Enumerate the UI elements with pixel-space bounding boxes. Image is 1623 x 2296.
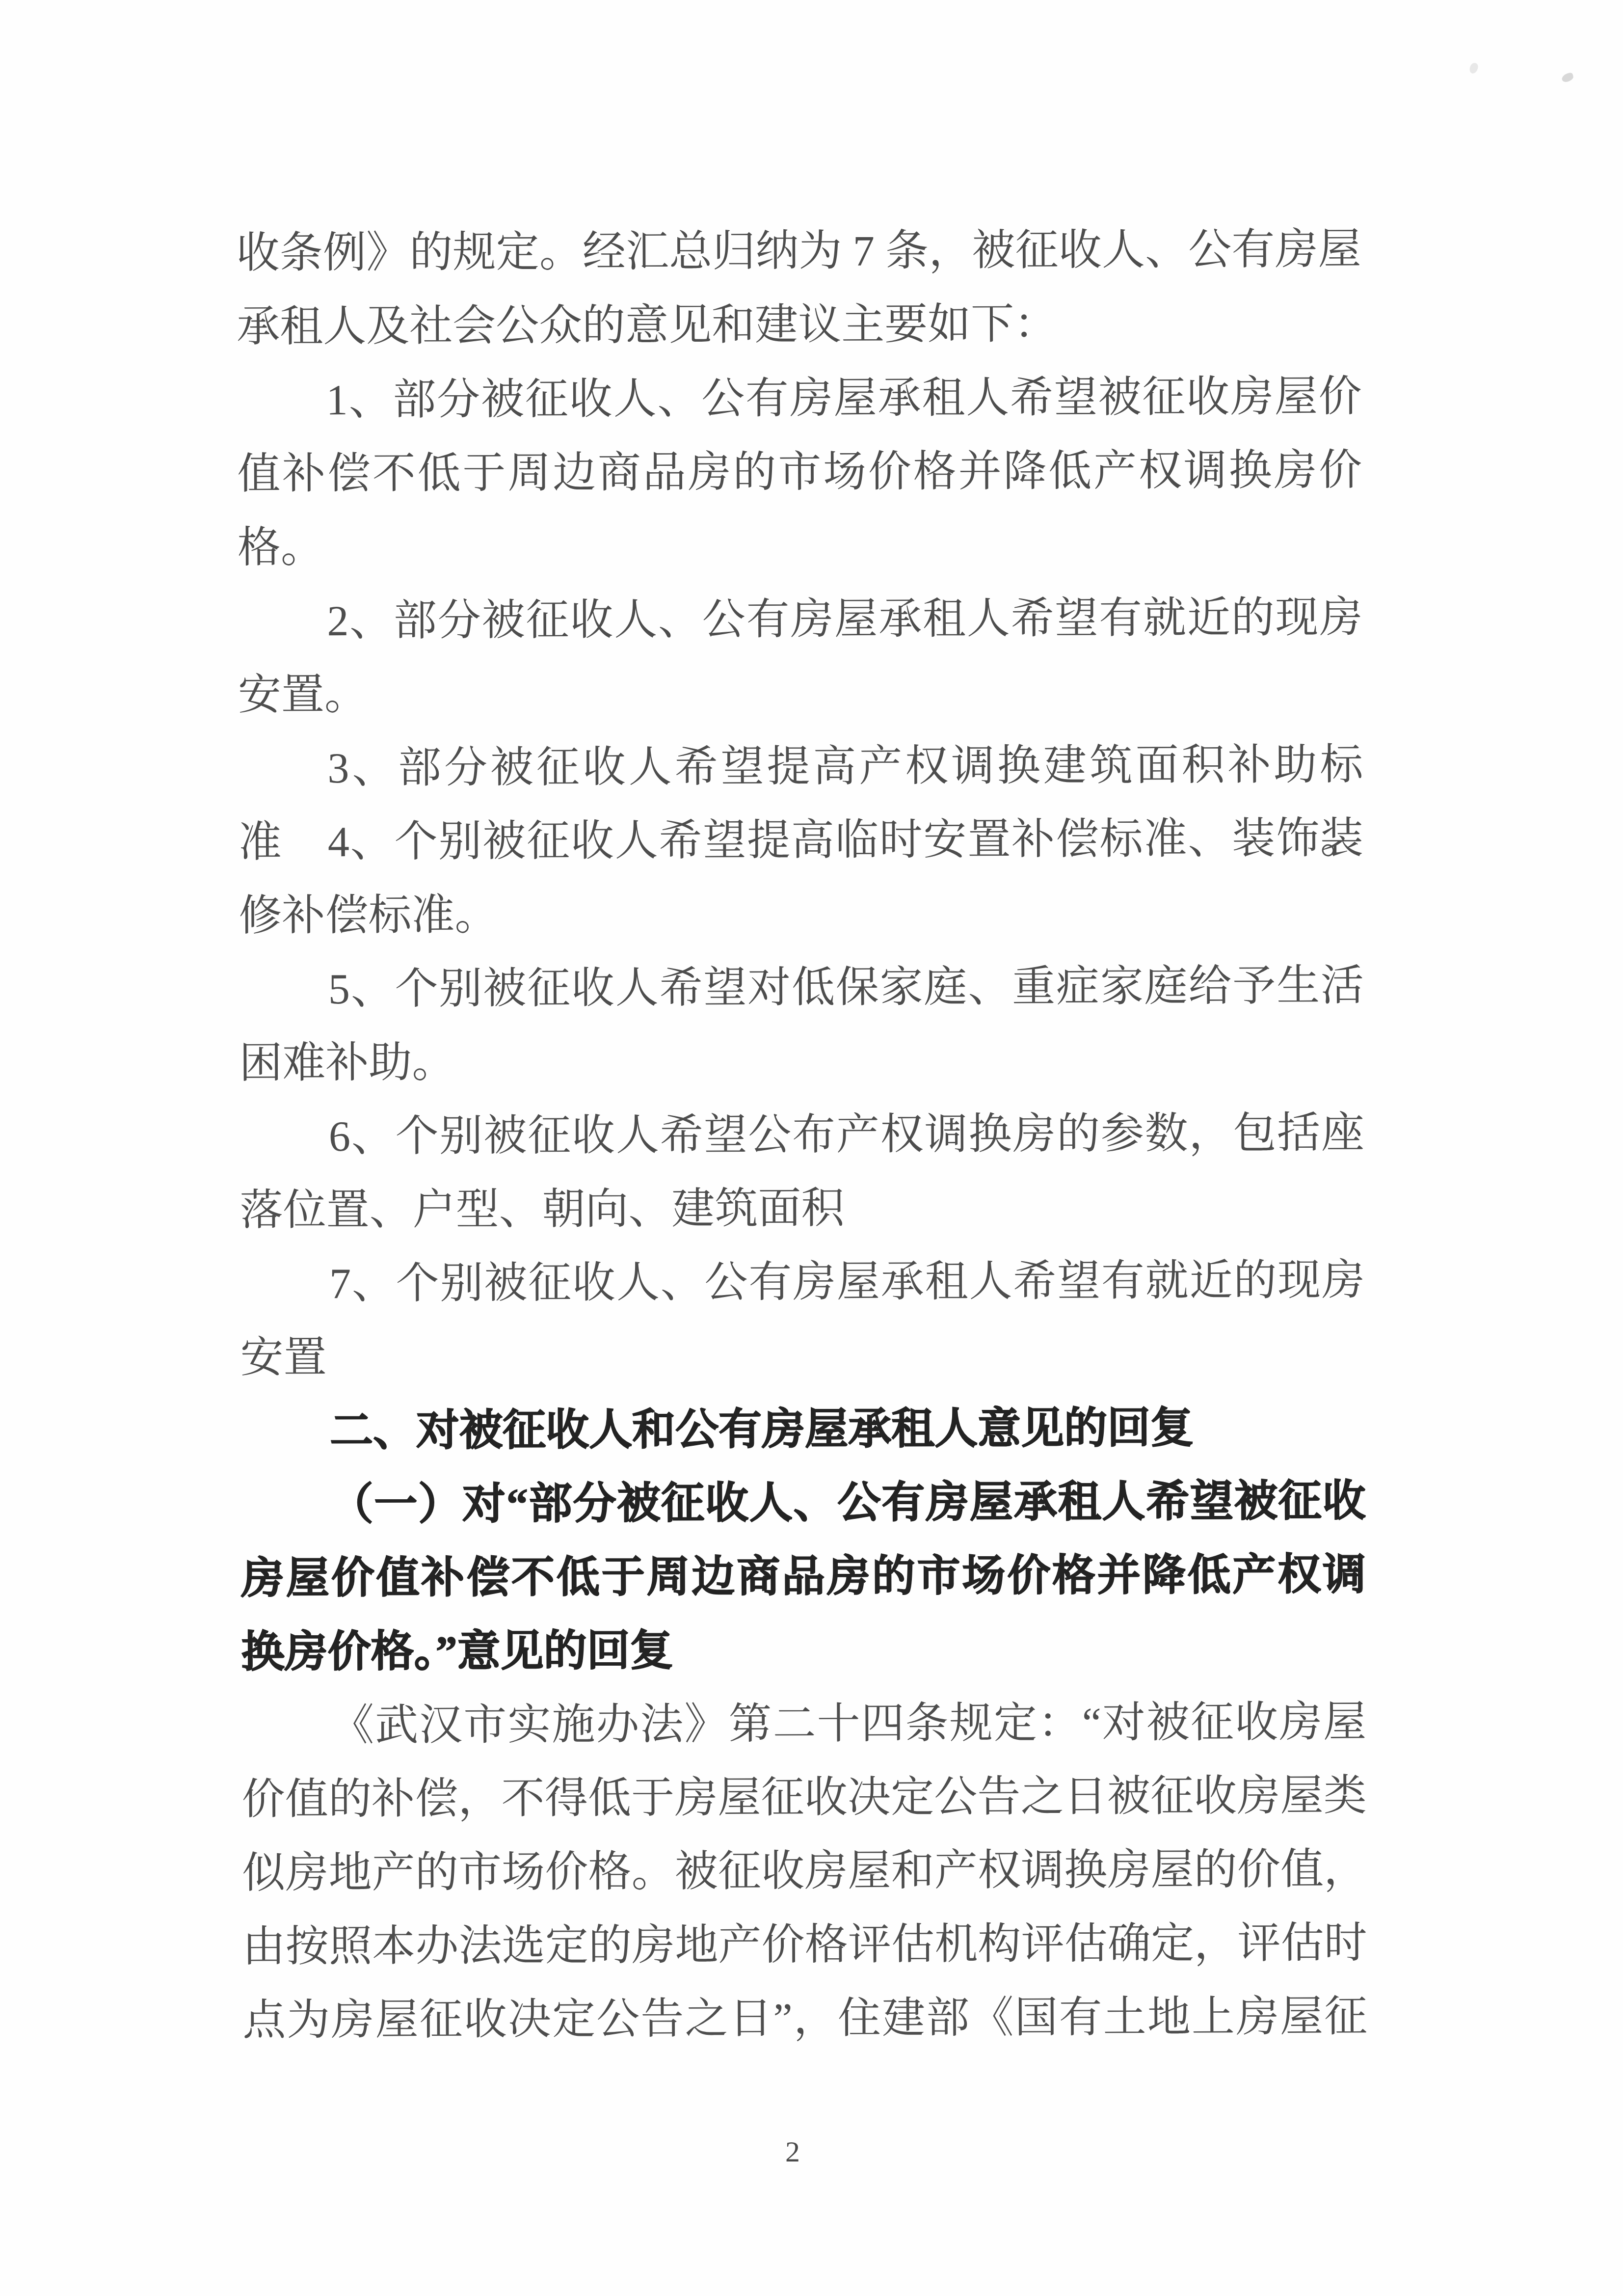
text-line: 格。 [238, 508, 1363, 585]
text-line: 似房地产的市场价格。被征收房屋和产权调换房屋的价值， [242, 1833, 1367, 1911]
text-line: 二、对被征收人和公有房屋承租人意见的回复 [240, 1391, 1366, 1469]
text-line: 由按照本办法选定的房地产价格评估机构评估确定，评估时 [242, 1907, 1368, 1984]
text-line: 6、个别被征收人希望公布产权调换房的参数，包括座 [239, 1097, 1365, 1174]
text-line: 5、个别被征收人希望对低保家庭、重症家庭给予生活 [239, 949, 1364, 1027]
page-number: 2 [763, 2125, 822, 2179]
document-body: 收条例》的规定。经汇总归纳为 7 条，被征收人、公有房屋承租人及社会公众的意见和… [236, 213, 1367, 2058]
text-line: 价值的补偿，不得低于房屋征收决定公告之日被征收房屋类 [241, 1759, 1367, 1837]
text-line: 房屋价值补偿不低于周边商品房的市场价格并降低产权调 [241, 1539, 1366, 1616]
text-line: 收条例》的规定。经汇总归纳为 7 条，被征收人、公有房屋 [236, 213, 1361, 291]
text-line: 《武汉市实施办法》第二十四条规定：“对被征收房屋 [241, 1686, 1367, 1763]
text-line: 安置。 [238, 655, 1363, 732]
text-line: 2、部分被征收人、公有房屋承租人希望有就近的现房 [238, 581, 1363, 659]
text-line: 换房价格。”意见的回复 [241, 1612, 1366, 1690]
text-line: 1、部分被征收人、公有房屋承租人希望被征收房屋价 [237, 360, 1362, 438]
text-line: （一）对“部分被征收人、公有房屋承租人希望被征收 [240, 1465, 1366, 1542]
text-line: 修补偿标准。 [239, 876, 1364, 953]
text-line: 安置 [240, 1318, 1365, 1395]
text-line: 3、部分被征收人希望提高产权调换建筑面积补助标准。 [238, 729, 1363, 806]
text-line: 值补偿不低于周边商品房的市场价格并降低产权调换房价 [237, 434, 1362, 512]
text-line: 困难补助。 [239, 1023, 1364, 1101]
text-line: 落位置、户型、朝向、建筑面积 [239, 1170, 1365, 1248]
text-line: 4、个别被征收人希望提高临时安置补偿标准、装饰装 [239, 802, 1364, 880]
text-line: 点为房屋征收决定公告之日”，住建部《国有土地上房屋征 [242, 1980, 1368, 2058]
text-line: 7、个别被征收人、公有房屋承租人希望有就近的现房 [240, 1244, 1365, 1322]
scan-artifact [1561, 72, 1574, 83]
document-page: 收条例》的规定。经汇总归纳为 7 条，被征收人、公有房屋承租人及社会公众的意见和… [0, 0, 1623, 2296]
scan-artifact [1469, 62, 1479, 74]
text-line: 承租人及社会公众的意见和建议主要如下： [237, 287, 1362, 364]
